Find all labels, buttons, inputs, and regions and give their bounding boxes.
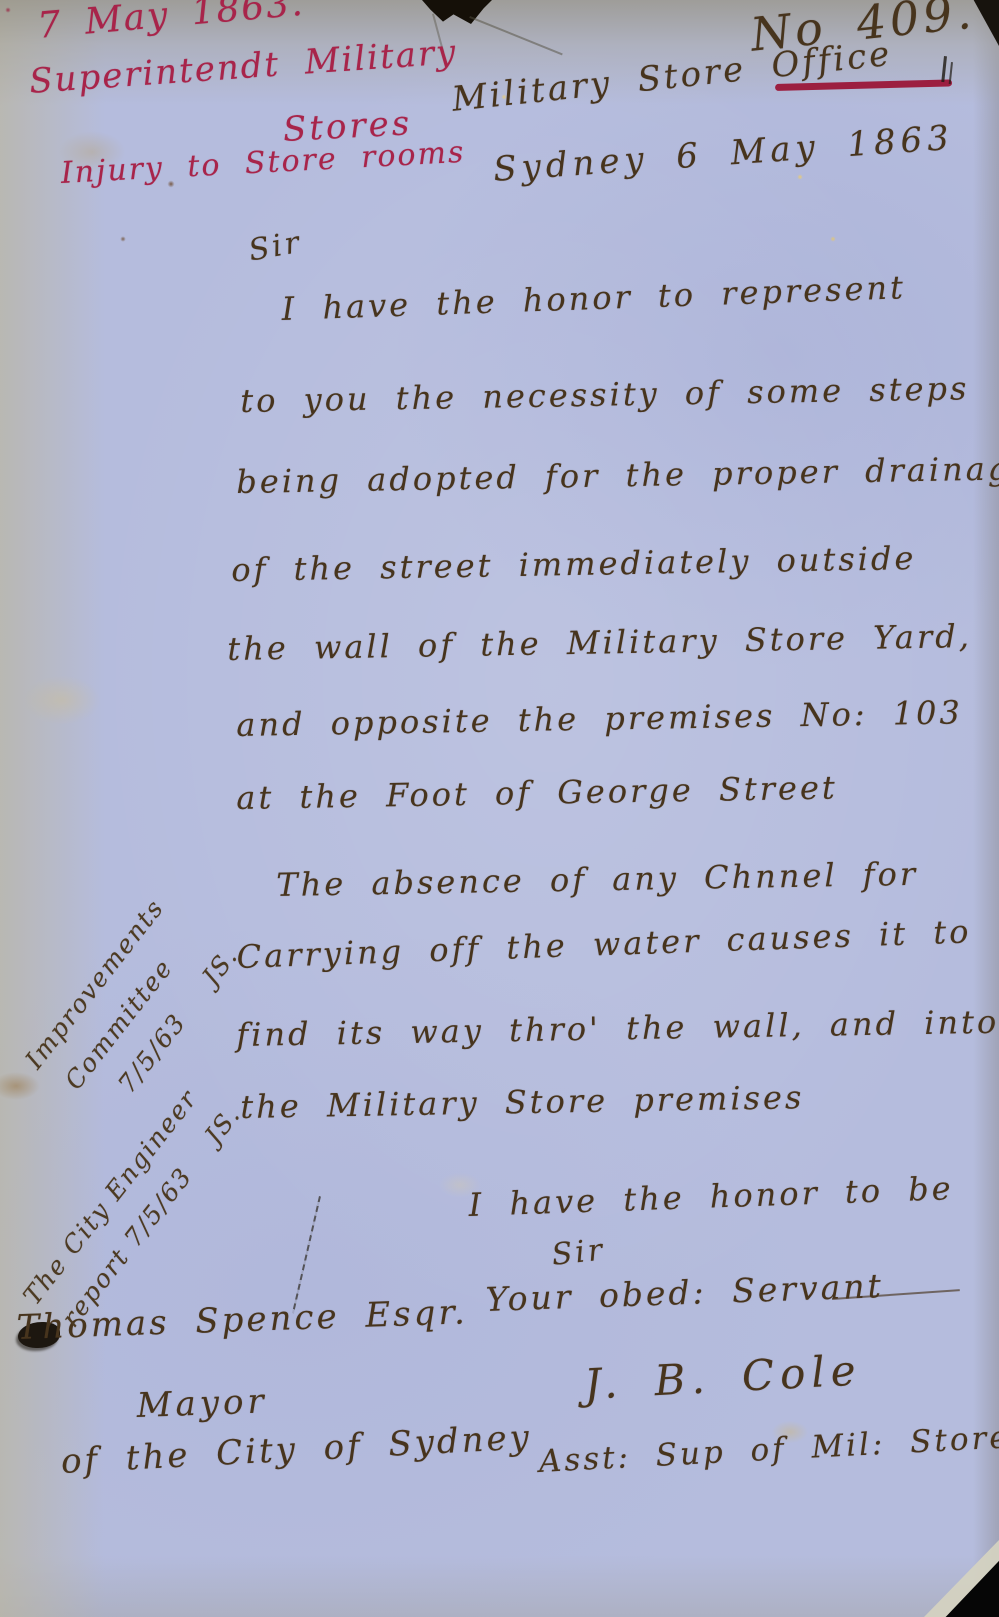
red-annotation-subject: Injury to Store rooms (60, 135, 466, 191)
addressee-place: of the City of Sydney (60, 1417, 533, 1482)
body-line-5: the wall of the Military Store Yard, (227, 617, 972, 668)
body-line-11: the Military Store premises (240, 1078, 805, 1126)
body-line-6: and opposite the premises No: 103 (236, 693, 963, 744)
body-line-3: being adopted for the proper drainage (236, 449, 999, 501)
signature: J. B. Cole (583, 1345, 863, 1408)
closing-line-1: I have the honor to be (468, 1169, 954, 1224)
body-line-8: The absence of any Chnnel for (276, 855, 918, 904)
body-line-2: to you the necessity of some steps (240, 369, 970, 420)
body-line-9: Carrying off the water causes it to (236, 912, 972, 976)
letterhead-dateline: Sydney 6 May 1863 (492, 118, 955, 190)
closing-line-2: Sir (550, 1232, 607, 1272)
body-line-7: at the Foot of George Street (236, 769, 838, 817)
signature-title: Asst: Sup of Mil: Stores (538, 1418, 999, 1480)
paper-crack-line (469, 16, 562, 55)
ink-hatch-mark (941, 56, 947, 82)
body-line-4: of the street immediately outside (231, 539, 917, 589)
red-annotation-date: 7 May 1863. (36, 0, 306, 47)
letterhead-office: Military Store Office (450, 34, 894, 120)
body-line-1: I have the honor to represent (281, 268, 907, 328)
red-annotation-department: Superintendt Military (28, 32, 459, 102)
salutation: Sir (246, 225, 305, 269)
scanned-letter-page: 7 May 1863. Superintendt Military Stores… (0, 0, 999, 1617)
body-line-10: find its way thro' the wall, and into (236, 1003, 999, 1054)
addressee-title: Mayor (136, 1381, 268, 1426)
closing-line-3: Your obed: Servant (485, 1266, 884, 1319)
ink-hatch-mark-2 (949, 62, 953, 84)
stray-pencil-mark (292, 1196, 321, 1313)
